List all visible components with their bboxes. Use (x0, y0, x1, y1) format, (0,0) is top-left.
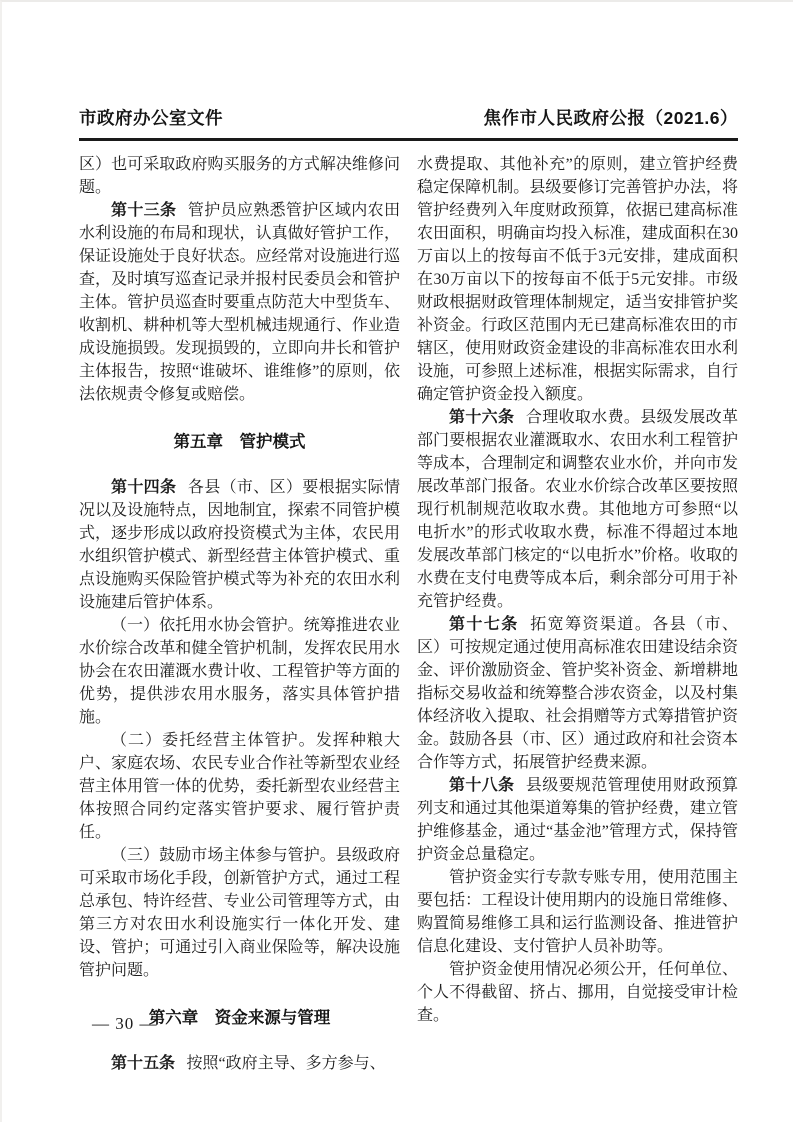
document-body: 区）也可采取政府购买服务的方式解决维修问题。第十三条管护员应熟悉管护区域内农田水… (79, 153, 738, 1075)
right-column: 水费提取、其他补充”的原则，建立管护经费稳定保障机制。县级要修订完善管护办法，将… (417, 153, 738, 1075)
article-number: 第十六条 (449, 409, 514, 426)
article-paragraph: 第十四条各县（市、区）要根据实际情况以及设施特点，因地制宜，探索不同管护模式，逐… (79, 476, 400, 614)
paragraph: 区）也可采取政府购买服务的方式解决维修问题。 (79, 153, 400, 199)
paragraph: 管护资金实行专款专账专用，使用范围主要包括：工程设计使用期内的设施日常维修、购置… (417, 866, 738, 958)
document-header: 市政府办公室文件 焦作市人民政府公报（2021.6） (79, 105, 738, 130)
article-number: 第十八条 (449, 777, 514, 794)
paragraph: （二）委托经营主体管护。发挥种粮大户、家庭农场、农民专业合作社等新型农业经营主体… (79, 729, 400, 844)
left-column: 区）也可采取政府购买服务的方式解决维修问题。第十三条管护员应熟悉管护区域内农田水… (79, 153, 400, 1075)
paragraph: （一）依托用水协会管护。统筹推进农业水价综合改革和健全管护机制，发挥农民用水协会… (79, 614, 400, 729)
header-right-title: 焦作市人民政府公报（2021.6） (483, 105, 738, 130)
article-paragraph: 第十七条拓宽筹资渠道。各县（市、区）可按规定通过使用高标准农田建设结余资金、评价… (417, 613, 738, 774)
header-left-title: 市政府办公室文件 (79, 105, 223, 130)
article-number: 第十四条 (111, 479, 176, 496)
article-paragraph: 第十五条按照“政府主导、多方参与、 (79, 1052, 400, 1075)
paragraph: 水费提取、其他补充”的原则，建立管护经费稳定保障机制。县级要修订完善管护办法，将… (417, 153, 738, 406)
page-number: — 30 — (92, 1014, 158, 1034)
paragraph: （三）鼓励市场主体参与管护。县级政府可采取市场化手段，创新管护方式，通过工程总承… (79, 844, 400, 982)
paragraph: 管护资金使用情况必须公开，任何单位、个人不得截留、挤占、挪用，自觉接受审计检查。 (417, 958, 738, 1027)
gazette-page: 市政府办公室文件 焦作市人民政府公报（2021.6） 区）也可采取政府购买服务的… (0, 0, 793, 1122)
header-rule (79, 138, 738, 141)
article-paragraph: 第十三条管护员应熟悉管护区域内农田水利设施的布局和现状，认真做好管护工作，保证设… (79, 199, 400, 406)
article-paragraph: 第十八条县级要规范管理使用财政预算列支和通过其他渠道筹集的管护经费，建立管护维修… (417, 774, 738, 866)
article-number: 第十七条 (449, 616, 519, 633)
article-number: 第十五条 (111, 1055, 175, 1072)
chapter-heading: 第五章 管护模式 (79, 431, 400, 454)
article-paragraph: 第十六条合理收取水费。县级发展改革部门要根据农业灌溉取水、农田水利工程管护等成本… (417, 406, 738, 613)
article-number: 第十三条 (111, 202, 176, 219)
